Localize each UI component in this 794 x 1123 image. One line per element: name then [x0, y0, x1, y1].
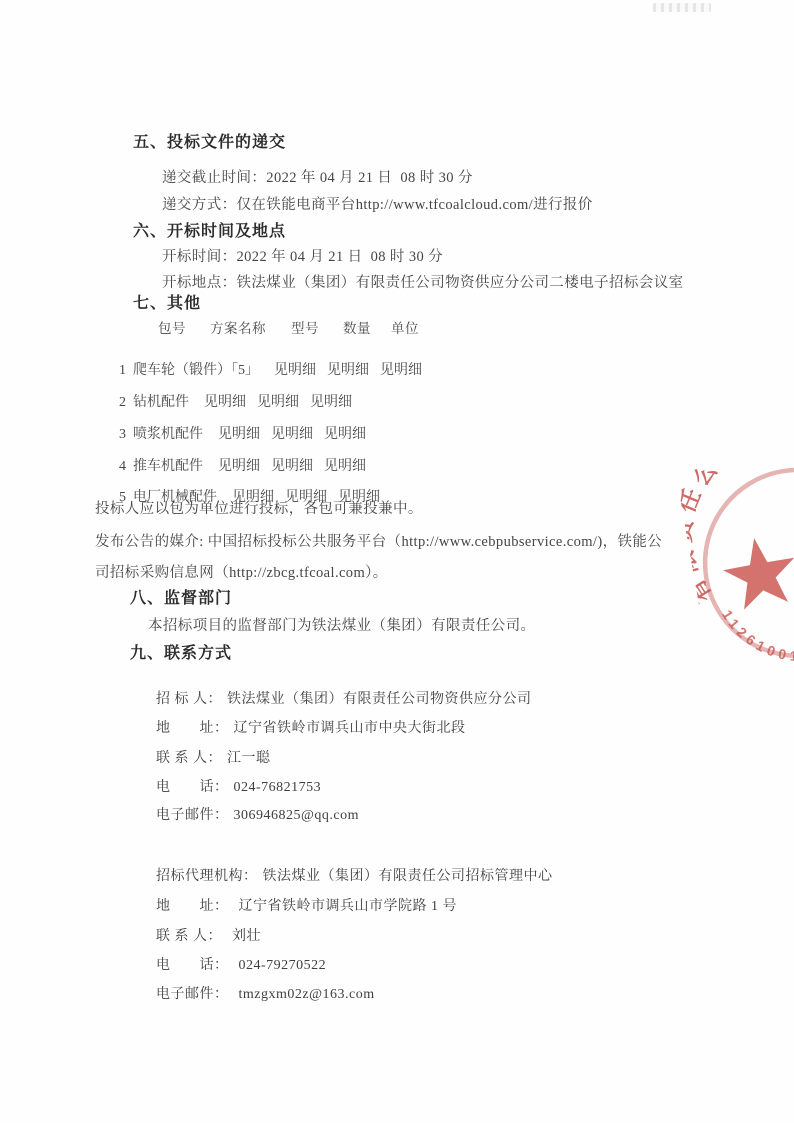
seal-star-icon	[719, 532, 794, 612]
agent-email-line: 电子邮件：tmzgxm02z@163.com	[140, 967, 375, 1019]
announcement-media-line2: 司招标采购信息网（http://zbcg.tfcoal.com）。	[95, 561, 388, 582]
announcement-media-line1: 发布公告的媒介: 中国招标投标公共服务平台（http://www.cebpubs…	[95, 530, 662, 551]
agent-email-value: tmzgxm02z@163.com	[239, 987, 375, 1002]
section5-heading: 五、投标文件的递交	[133, 129, 286, 152]
agent-email-label: 电子邮件：	[156, 987, 229, 1002]
bidding-packages-note: 投标人应以包为单位进行投标，各包可兼投兼中。	[95, 497, 423, 518]
submission-method-line: 递交方式：仅在铁能电商平台http://www.tfcoalcloud.com/…	[162, 193, 593, 214]
company-seal: 有限责任公司 1126100100	[676, 435, 794, 690]
scanned-tender-document-page: 五、投标文件的递交 递交截止时间：2022 年 04 月 21 日 08 时 3…	[0, 0, 794, 1123]
table-header-unit: 单位	[391, 317, 419, 337]
tenderer-email-line: 电子邮件：306946825@qq.com	[140, 788, 359, 840]
seal-serial-number: 1126100100	[718, 593, 794, 679]
table-header-quantity: 数量	[343, 317, 371, 337]
bid-opening-place-line: 开标地点：铁法煤业（集团）有限责任公司物资供应分公司二楼电子招标会议室	[162, 271, 684, 292]
package-unit: 见明细	[380, 363, 422, 378]
bid-opening-time-line: 开标时间：2022 年 04 月 21 日 08 时 30 分	[162, 245, 443, 266]
section7-heading: 七、其他	[133, 290, 201, 313]
table-header-model: 型号	[291, 317, 319, 337]
tenderer-email-label: 电子邮件：	[156, 808, 229, 823]
scan-artifact	[653, 3, 711, 12]
table-header-scheme-name: 方案名称	[210, 317, 266, 337]
supervision-body-line: 本招标项目的监督部门为铁法煤业（集团）有限责任公司。	[148, 614, 535, 635]
submission-deadline-line: 递交截止时间：2022 年 04 月 21 日 08 时 30 分	[162, 166, 473, 187]
section9-heading: 九、联系方式	[130, 640, 232, 663]
section8-heading: 八、监督部门	[130, 585, 232, 608]
agent-address-value: 辽宁省铁岭市调兵山市学院路 1 号	[239, 899, 458, 914]
section6-heading: 六、开标时间及地点	[133, 218, 286, 241]
tenderer-email-value: 306946825@qq.com	[234, 808, 360, 823]
table-header-package-no: 包号	[158, 317, 186, 337]
